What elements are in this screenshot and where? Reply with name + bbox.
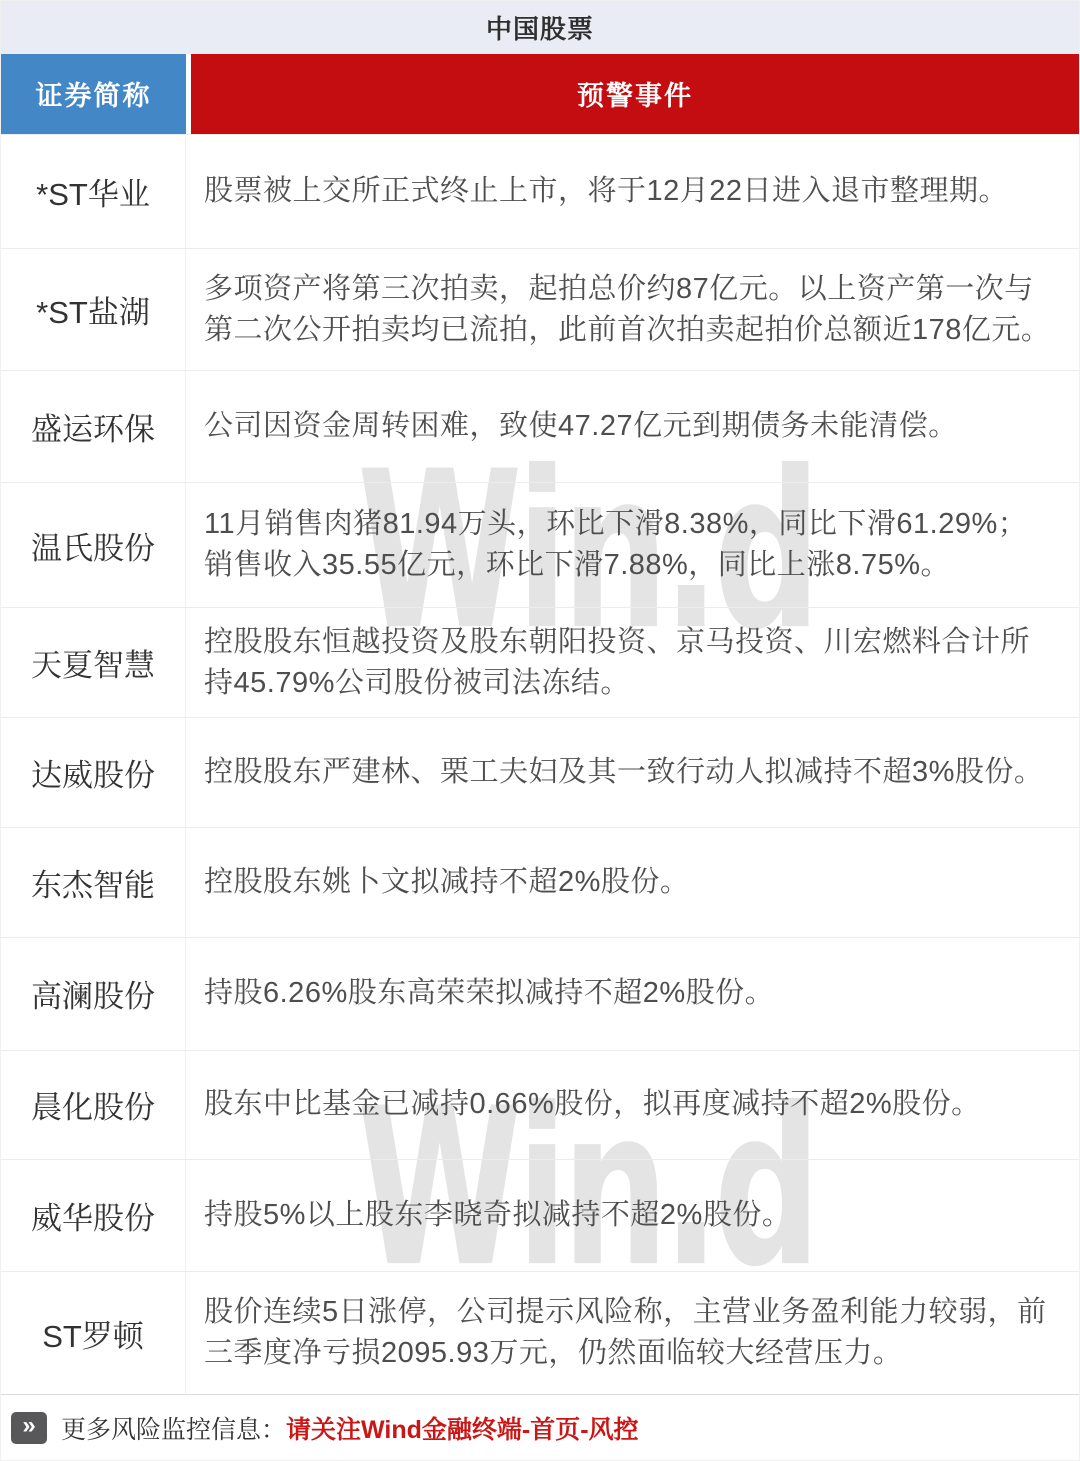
table-row: 东杰智能 控股股东姚卜文拟减持不超2%股份。 bbox=[1, 827, 1079, 937]
warning-event-cell: 持股5%以上股东李晓奇拟减持不超2%股份。 bbox=[186, 1160, 1079, 1271]
table-row: ST罗顿 股价连续5日涨停，公司提示风险称，主营业务盈利能力较弱，前三季度净亏损… bbox=[1, 1271, 1079, 1394]
table-row: 高澜股份 持股6.26%股东高荣荣拟减持不超2%股份。 bbox=[1, 937, 1079, 1050]
table-row: *ST华业 股票被上交所正式终止上市，将于12月22日进入退市整理期。 bbox=[1, 134, 1079, 248]
warning-event-cell: 股东中比基金已减持0.66%股份，拟再度减持不超2%股份。 bbox=[186, 1051, 1079, 1160]
stock-name-cell: 温氏股份 bbox=[1, 483, 186, 607]
stock-name-cell: 东杰智能 bbox=[1, 828, 186, 937]
warning-event-cell: 持股6.26%股东高荣荣拟减持不超2%股份。 bbox=[186, 938, 1079, 1050]
title-bar: 中国股票 bbox=[1, 1, 1079, 54]
table-row: 达威股份 控股股东严建林、栗工夫妇及其一致行动人拟减持不超3%股份。 bbox=[1, 717, 1079, 827]
footer: » 更多风险监控信息： 请关注Wind金融终端-首页-风控 bbox=[1, 1394, 1079, 1460]
footer-highlight-text: 请关注Wind金融终端-首页-风控 bbox=[286, 1410, 639, 1446]
warning-event-cell: 控股股东恒越投资及股东朝阳投资、京马投资、川宏燃料合计所持45.79%公司股份被… bbox=[186, 608, 1079, 717]
stock-name-cell: ST罗顿 bbox=[1, 1272, 186, 1394]
stock-name-cell: 盛运环保 bbox=[1, 371, 186, 482]
warning-event-cell: 股票被上交所正式终止上市，将于12月22日进入退市整理期。 bbox=[186, 135, 1079, 248]
table-header-row: 证券简称 预警事件 bbox=[1, 54, 1079, 134]
stock-name-cell: 天夏智慧 bbox=[1, 608, 186, 717]
warning-event-cell: 股价连续5日涨停，公司提示风险称，主营业务盈利能力较弱，前三季度净亏损2095.… bbox=[186, 1272, 1079, 1394]
column-header-security-name: 证券简称 bbox=[1, 54, 186, 134]
table-row: 威华股份 持股5%以上股东李晓奇拟减持不超2%股份。 bbox=[1, 1159, 1079, 1271]
table-row: 温氏股份 11月销售肉猪81.94万头，环比下滑8.38%，同比下滑61.29%… bbox=[1, 482, 1079, 607]
stock-name-cell: 晨化股份 bbox=[1, 1051, 186, 1160]
warning-event-cell: 11月销售肉猪81.94万头，环比下滑8.38%，同比下滑61.29%；销售收入… bbox=[186, 483, 1079, 607]
table-row: 盛运环保 公司因资金周转困难，致使47.27亿元到期债务未能清偿。 bbox=[1, 370, 1079, 482]
table-row: 晨化股份 股东中比基金已减持0.66%股份，拟再度减持不超2%股份。 bbox=[1, 1050, 1079, 1160]
page: Win.d Win.d 中国股票 证券简称 预警事件 *ST华业 股票被上交所正… bbox=[0, 0, 1080, 1461]
table-row: 天夏智慧 控股股东恒越投资及股东朝阳投资、京马投资、川宏燃料合计所持45.79%… bbox=[1, 607, 1079, 717]
warning-event-cell: 公司因资金周转困难，致使47.27亿元到期债务未能清偿。 bbox=[186, 371, 1079, 482]
stock-name-cell: 威华股份 bbox=[1, 1160, 186, 1271]
stock-name-cell: *ST盐湖 bbox=[1, 249, 186, 371]
column-header-warning-event: 预警事件 bbox=[191, 54, 1079, 134]
stock-name-cell: 高澜股份 bbox=[1, 938, 186, 1050]
stock-name-cell: *ST华业 bbox=[1, 135, 186, 248]
warning-event-cell: 多项资产将第三次拍卖，起拍总价约87亿元。以上资产第一次与第二次公开拍卖均已流拍… bbox=[186, 249, 1079, 371]
footer-label: 更多风险监控信息： bbox=[61, 1410, 286, 1446]
stock-name-cell: 达威股份 bbox=[1, 718, 186, 827]
warning-table: 中国股票 证券简称 预警事件 *ST华业 股票被上交所正式终止上市，将于12月2… bbox=[1, 1, 1079, 1460]
table-row: *ST盐湖 多项资产将第三次拍卖，起拍总价约87亿元。以上资产第一次与第二次公开… bbox=[1, 248, 1079, 371]
warning-event-cell: 控股股东姚卜文拟减持不超2%股份。 bbox=[186, 828, 1079, 937]
double-chevron-icon: » bbox=[11, 1412, 47, 1444]
warning-event-cell: 控股股东严建林、栗工夫妇及其一致行动人拟减持不超3%股份。 bbox=[186, 718, 1079, 827]
page-title: 中国股票 bbox=[486, 9, 594, 46]
